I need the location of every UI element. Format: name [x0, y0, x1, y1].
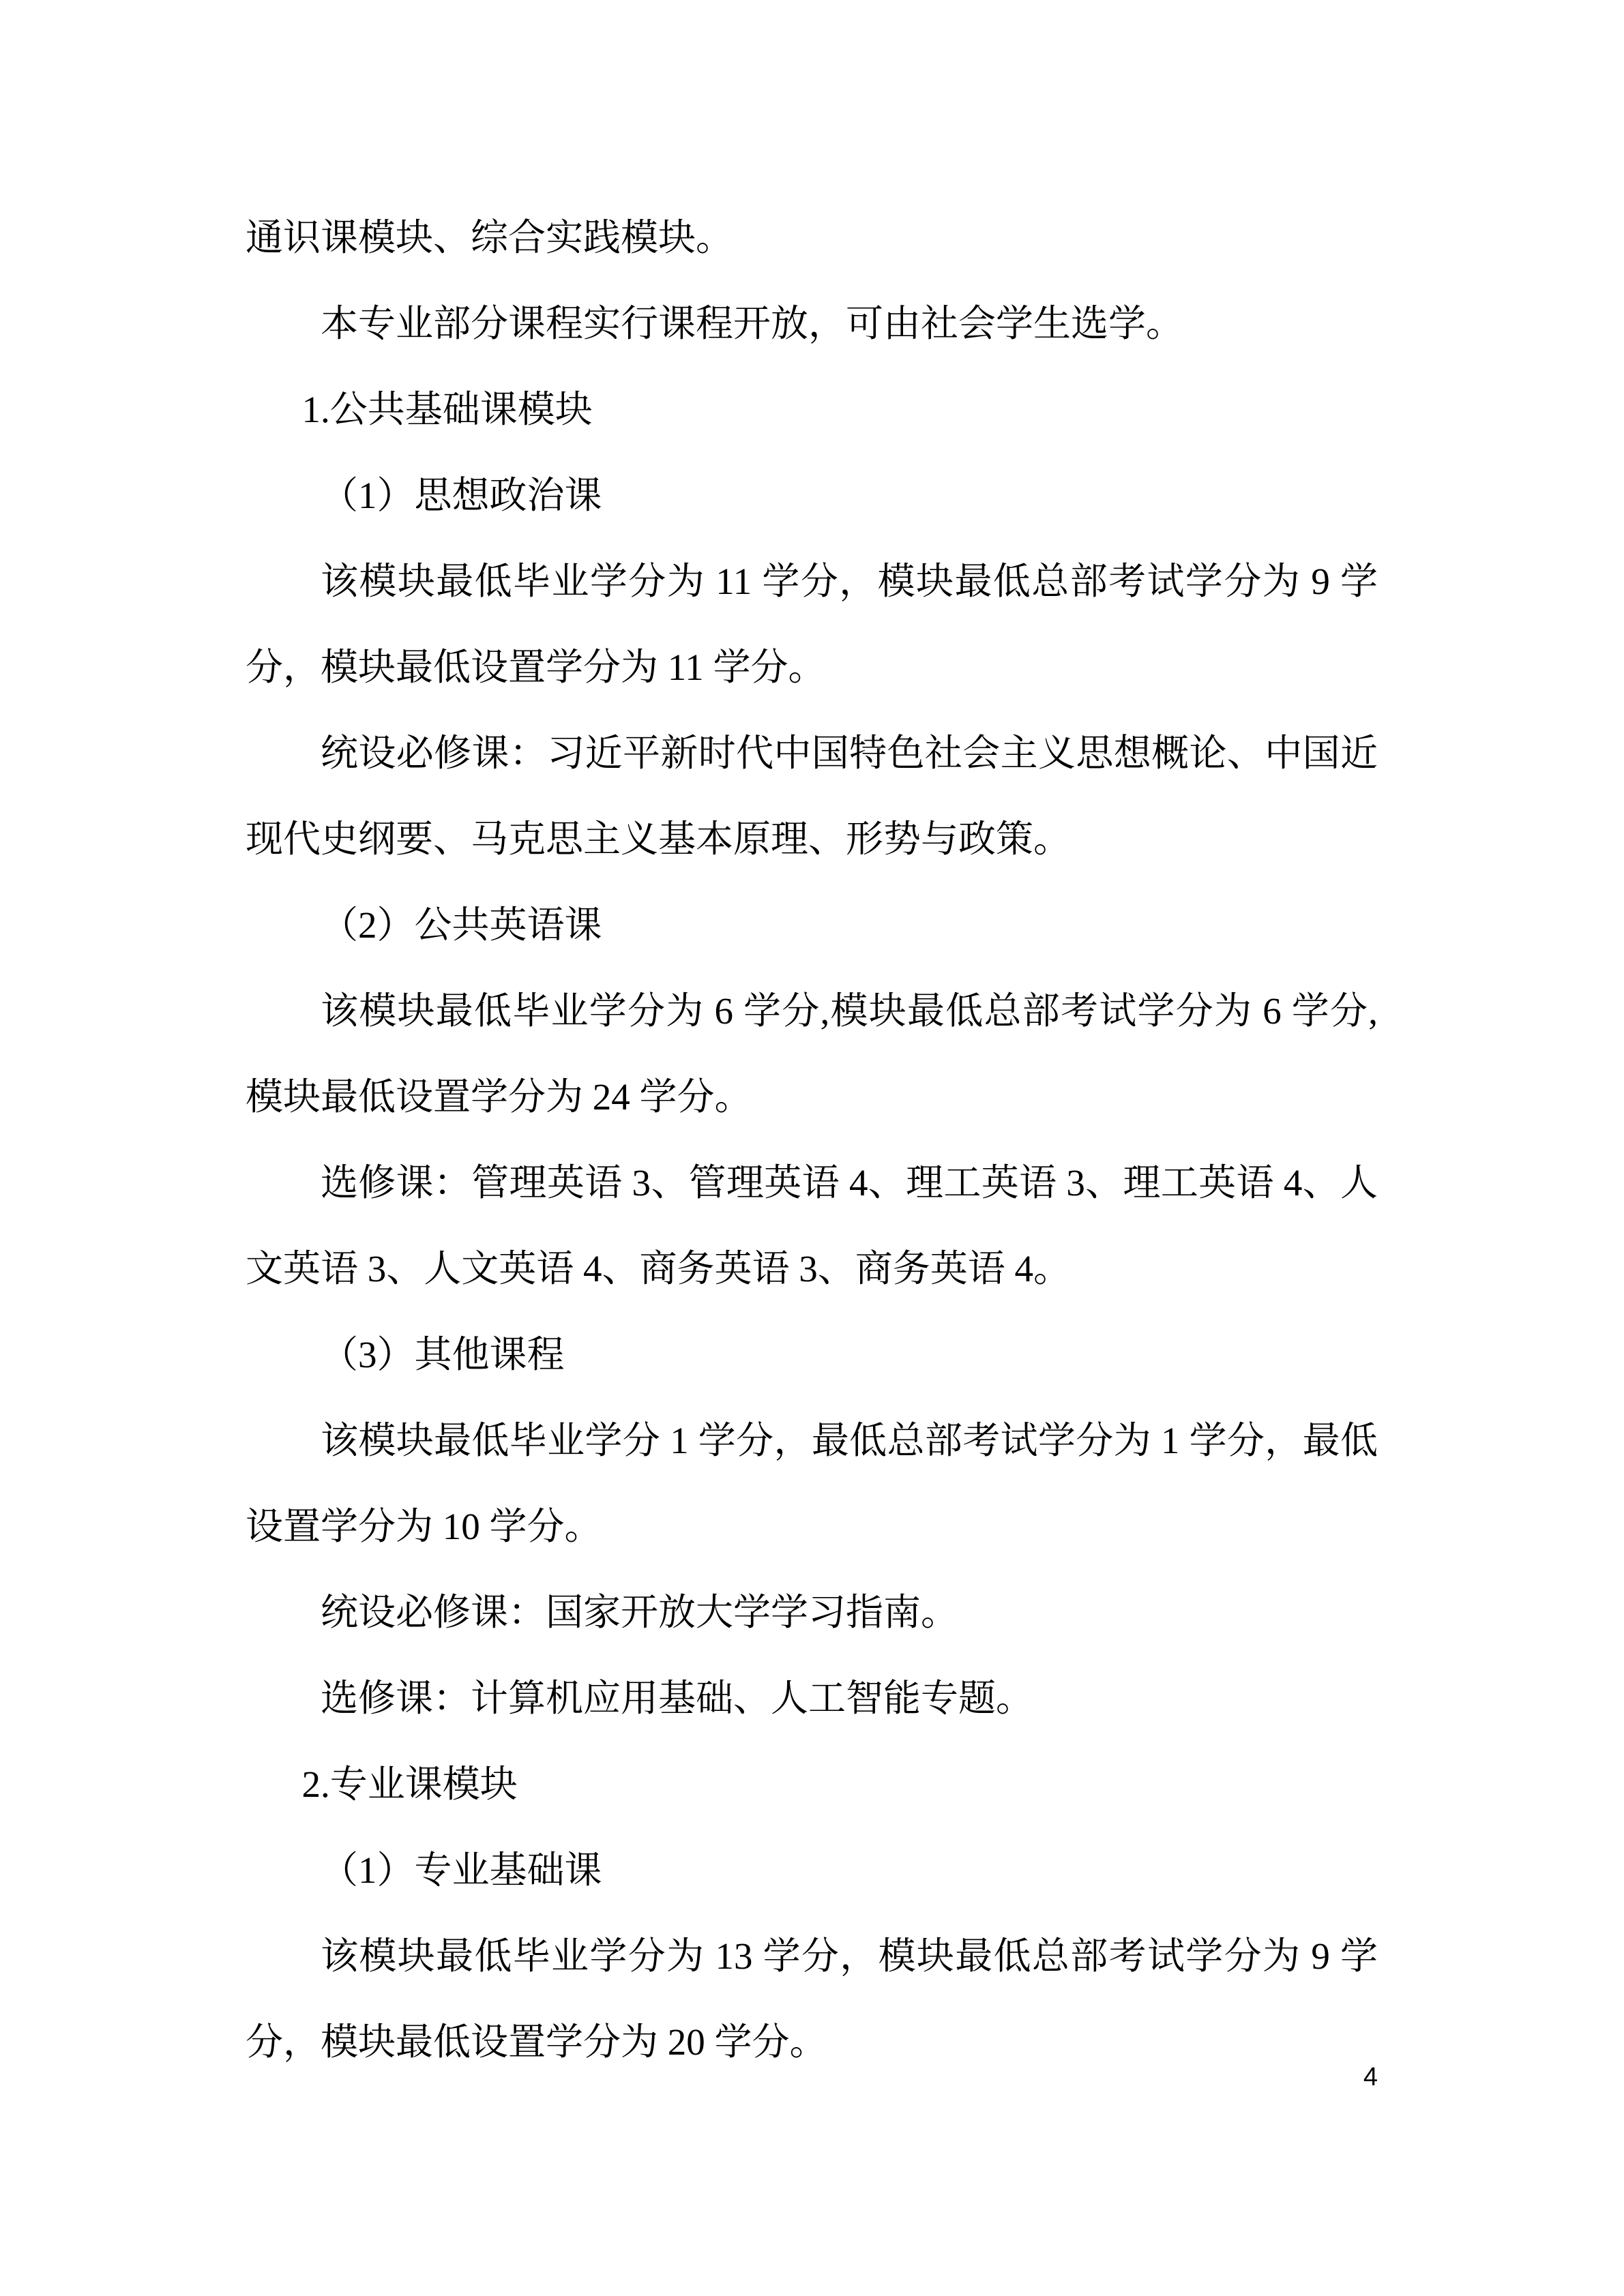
text-line-section-2-heading: 2.专业课模块	[246, 1742, 1378, 1828]
document-page: 通识课模块、综合实践模块。本专业部分课程实行课程开放，可由社会学生选学。1.公共…	[0, 0, 1624, 2296]
text-line-intro-paragraph: 本专业部分课程实行课程开放，可由社会学生选学。	[246, 281, 1378, 367]
text-line-section-1-3-credits: 该模块最低毕业学分 1 学分，最低总部考试学分为 1 学分，最低	[246, 1398, 1378, 1484]
text-line-section-1-heading: 1.公共基础课模块	[246, 367, 1378, 453]
document-body: 通识课模块、综合实践模块。本专业部分课程实行课程开放，可由社会学生选学。1.公共…	[246, 195, 1378, 2085]
text-line-section-1-2-elective-courses: 文英语 3、人文英语 4、商务英语 3、商务英语 4。	[246, 1226, 1378, 1312]
text-line-section-1-1-required-courses: 现代史纲要、马克思主义基本原理、形势与政策。	[246, 796, 1378, 882]
text-line-section-1-3-credits: 设置学分为 10 学分。	[246, 1484, 1378, 1570]
text-line-section-1-1-heading: （1）思想政治课	[246, 453, 1378, 539]
text-line-section-1-2-elective-courses: 选修课：管理英语 3、管理英语 4、理工英语 3、理工英语 4、人	[246, 1140, 1378, 1226]
text-line-section-1-3-heading: （3）其他课程	[246, 1312, 1378, 1398]
text-line-section-2-1-heading: （1）专业基础课	[246, 1828, 1378, 1913]
page-number: 4	[246, 2062, 1378, 2092]
text-line-section-1-3-required-courses: 统设必修课：国家开放大学学习指南。	[246, 1570, 1378, 1656]
text-line-section-1-1-credits: 该模块最低毕业学分为 11 学分，模块最低总部考试学分为 9 学	[246, 539, 1378, 625]
text-line-section-1-2-credits: 该模块最低毕业学分为 6 学分,模块最低总部考试学分为 6 学分,	[246, 968, 1378, 1054]
text-line-section-1-2-heading: （2）公共英语课	[246, 882, 1378, 968]
text-line-section-1-1-required-courses: 统设必修课：习近平新时代中国特色社会主义思想概论、中国近	[246, 711, 1378, 796]
text-line-continuation-paragraph: 通识课模块、综合实践模块。	[246, 195, 1378, 281]
text-line-section-2-1-credits: 该模块最低毕业学分为 13 学分，模块最低总部考试学分为 9 学	[246, 1913, 1378, 1999]
text-line-section-1-3-elective-courses: 选修课：计算机应用基础、人工智能专题。	[246, 1656, 1378, 1742]
text-line-section-1-2-credits: 模块最低设置学分为 24 学分。	[246, 1054, 1378, 1140]
text-line-section-1-1-credits: 分，模块最低设置学分为 11 学分。	[246, 625, 1378, 711]
